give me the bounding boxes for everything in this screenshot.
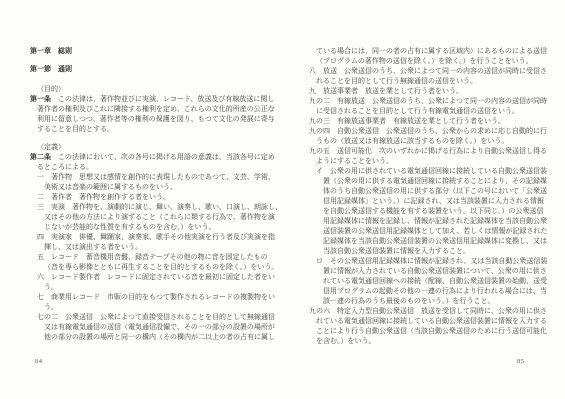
- text-line: れている電気通信回線への接続（配線、自動公衆送信装置の始動、送受: [302, 276, 554, 286]
- text-line: 他の部分の設置の場所と同一の構内（その構内が二以上の者の占有に属し: [30, 332, 282, 342]
- text-line: じないが芸能的な性質を有するものを含む。）をいう。: [30, 222, 282, 232]
- text-line: を含む。）をいう。: [302, 336, 554, 346]
- text-line: 九の五 送信可能化 次のいずれかに掲げる行為により自動公衆送信し得る: [302, 146, 554, 156]
- text-line: 二 著作者 著作物を創作する者をいう。: [30, 192, 282, 202]
- text-line: 置に情報が入力されている自動公衆送信装置について、公衆の用に供さ: [302, 266, 554, 276]
- text-line: 九 放送事業者 放送を業として行う者をいう。: [302, 86, 554, 96]
- text-line: 六 レコード製作者 レコードに固定されている音を最初に固定した者をい: [30, 272, 282, 282]
- text-line: 信用プログラムの起動その他の一連の行為により行われる場合には、当: [302, 286, 554, 296]
- page-left-text: 第一章 総則第一節 通則（目的）第一条 この法律は、著作物並びに実演、レコード、…: [30, 46, 282, 342]
- text-line: 利用に留意しつつ、著作者等の権利の保護を図り、もつて文化の発展に寄与: [30, 114, 282, 124]
- text-line: 記録媒体を当該自動公衆送信装置の公衆送信用記録媒体に変換し、又は: [302, 236, 554, 246]
- text-line: ようにすることをいう。: [302, 156, 554, 166]
- text-line: 九の二 有線放送 公衆送信のうち、公衆によつて同一の内容の送信が同時: [302, 96, 554, 106]
- text-line: 揮し、又は演出する者をいう。: [30, 242, 282, 252]
- text-line: 八 放送 公衆送信のうち、公衆によつて同一の内容の送信が同時に受信さ: [302, 66, 554, 76]
- text-line: 信用記録媒体」という。）に記録され、又は当該装置に入力される情報: [302, 196, 554, 206]
- text-line: るところによる。: [30, 162, 282, 172]
- text-line: 送信装置の公衆送信用記録媒体として加え、若しくは情報が記録された: [302, 226, 554, 236]
- text-line: 置（公衆の用に供する電気通信回線に接続することにより、その記録媒: [302, 176, 554, 186]
- text-line: 該一連の行為のうち最後のものをいう。）を行うこと。: [302, 296, 554, 306]
- text-line: 五 レコード 蓄音機用音盤、録音テープその他の物に音を固定したもの: [30, 252, 282, 262]
- text-line: 九の四 自動公衆送信 公衆送信のうち、公衆からの求めに応じ自動的に行: [302, 126, 554, 136]
- text-line: （目的）: [30, 84, 282, 94]
- text-line: ロ その公衆送信用記録媒体に情報が記録され、又は当該自動公衆送信装: [302, 256, 554, 266]
- text-line: 用記録媒体に情報を記録し、情報が記録された記録媒体を当該自動公衆: [302, 216, 554, 226]
- text-line: 又はその他の方法により演ずること（これらに類する行為で、著作物を演: [30, 212, 282, 222]
- text-line: う。: [30, 282, 282, 292]
- text-line: 七 商業用レコード 市販の目的をもつて製作されるレコードの複製物をい: [30, 292, 282, 302]
- text-line: （定義）: [30, 142, 282, 152]
- text-line: 体のうち自動公衆送信の用に供する部分（以下この号において「公衆送: [302, 186, 554, 196]
- text-line: 九の三 有線放送事業者 有線放送を業として行う者をいう。: [302, 116, 554, 126]
- text-line: に受信されることを目的として行う有線電気通信の送信をいう。: [302, 106, 554, 116]
- text-line: れることを目的として行う無線通信の送信をいう。: [302, 76, 554, 86]
- page-left: 第一章 総則第一節 通則（目的）第一条 この法律は、著作物並びに実演、レコード、…: [30, 46, 282, 386]
- text-line: することを目的とする。: [30, 124, 282, 134]
- text-line: う。: [30, 302, 282, 312]
- page-number-right: 85: [517, 358, 525, 365]
- text-line: （プログラムの著作物の送信を除く。）を除く。）を行うことをいう。: [302, 56, 554, 66]
- article-number: 第一条: [30, 95, 51, 103]
- page-number-left: 84: [35, 358, 43, 365]
- text-line: 四 実演家 俳優、舞踊家、演奏家、歌手その他実演を行う者及び実演を指: [30, 232, 282, 242]
- text-line: うもの（放送又は有線放送に該当するものを除く。）をいう。: [302, 136, 554, 146]
- text-line: 三 実演 著作物を、演劇的に演じ、舞い、演奏し、歌い、口演し、朗詠し、: [30, 202, 282, 212]
- page-right-text: ている場合には、同一の者の占有に属する区域内）にあるものによる送信（プログラムの…: [302, 46, 554, 346]
- text-line: 又は有線電気通信の送信（電気通信設備で、その一の部分の設置の場所が: [30, 322, 282, 332]
- text-line: 著作者の権利及びこれに隣接する権利を定め、これらの文化的所産の公正な: [30, 104, 282, 114]
- text-line: れている電気通信回線に接続している自動公衆送信装置に情報を入力する: [302, 316, 554, 326]
- text-line: 第二条 この法律において、次の各号に掲げる用語の意義は、当該各号に定め: [30, 152, 282, 162]
- article-number: 第二条: [30, 153, 51, 161]
- text-line: （音を専ら影像とともに再生することを目的とするものを除く。）をいう。: [30, 262, 282, 272]
- text-line: 九の六 特定入力型自動公衆送信 放送を受信して同時に、公衆の用に供さ: [302, 306, 554, 316]
- text-line: イ 公衆の用に供されている電気通信回線に接続している自動公衆送信装: [302, 166, 554, 176]
- text-line: ことにより行う自動公衆送信（当該自動公衆送信のために行う送信可能化: [302, 326, 554, 336]
- text-line: 第一条 この法律は、著作物並びに実演、レコード、放送及び有線放送に関し: [30, 94, 282, 104]
- text-line: 当該自動公衆送信装置に情報を入力すること。: [302, 246, 554, 256]
- text-line: 七の二 公衆送信 公衆によつて直接受信されることを目的として無線通信: [30, 312, 282, 322]
- page-right: ている場合には、同一の者の占有に属する区域内）にあるものによる送信（プログラムの…: [302, 46, 554, 386]
- text-line: 一 著作物 思想又は感情を創作的に表現したものであつて、文芸、学術、: [30, 172, 282, 182]
- heading-line: 第一節 通則: [30, 64, 282, 74]
- heading-line: 第一章 総則: [30, 46, 282, 56]
- book-spread: 第一章 総則第一節 通則（目的）第一条 この法律は、著作物並びに実演、レコード、…: [0, 0, 565, 399]
- text-line: を自動公衆送信する機能を有する装置をいう。以下同じ。）の公衆送信: [302, 206, 554, 216]
- text-line: ている場合には、同一の者の占有に属する区域内）にあるものによる送信: [302, 46, 554, 56]
- text-line: 美術又は音楽の範囲に属するものをいう。: [30, 182, 282, 192]
